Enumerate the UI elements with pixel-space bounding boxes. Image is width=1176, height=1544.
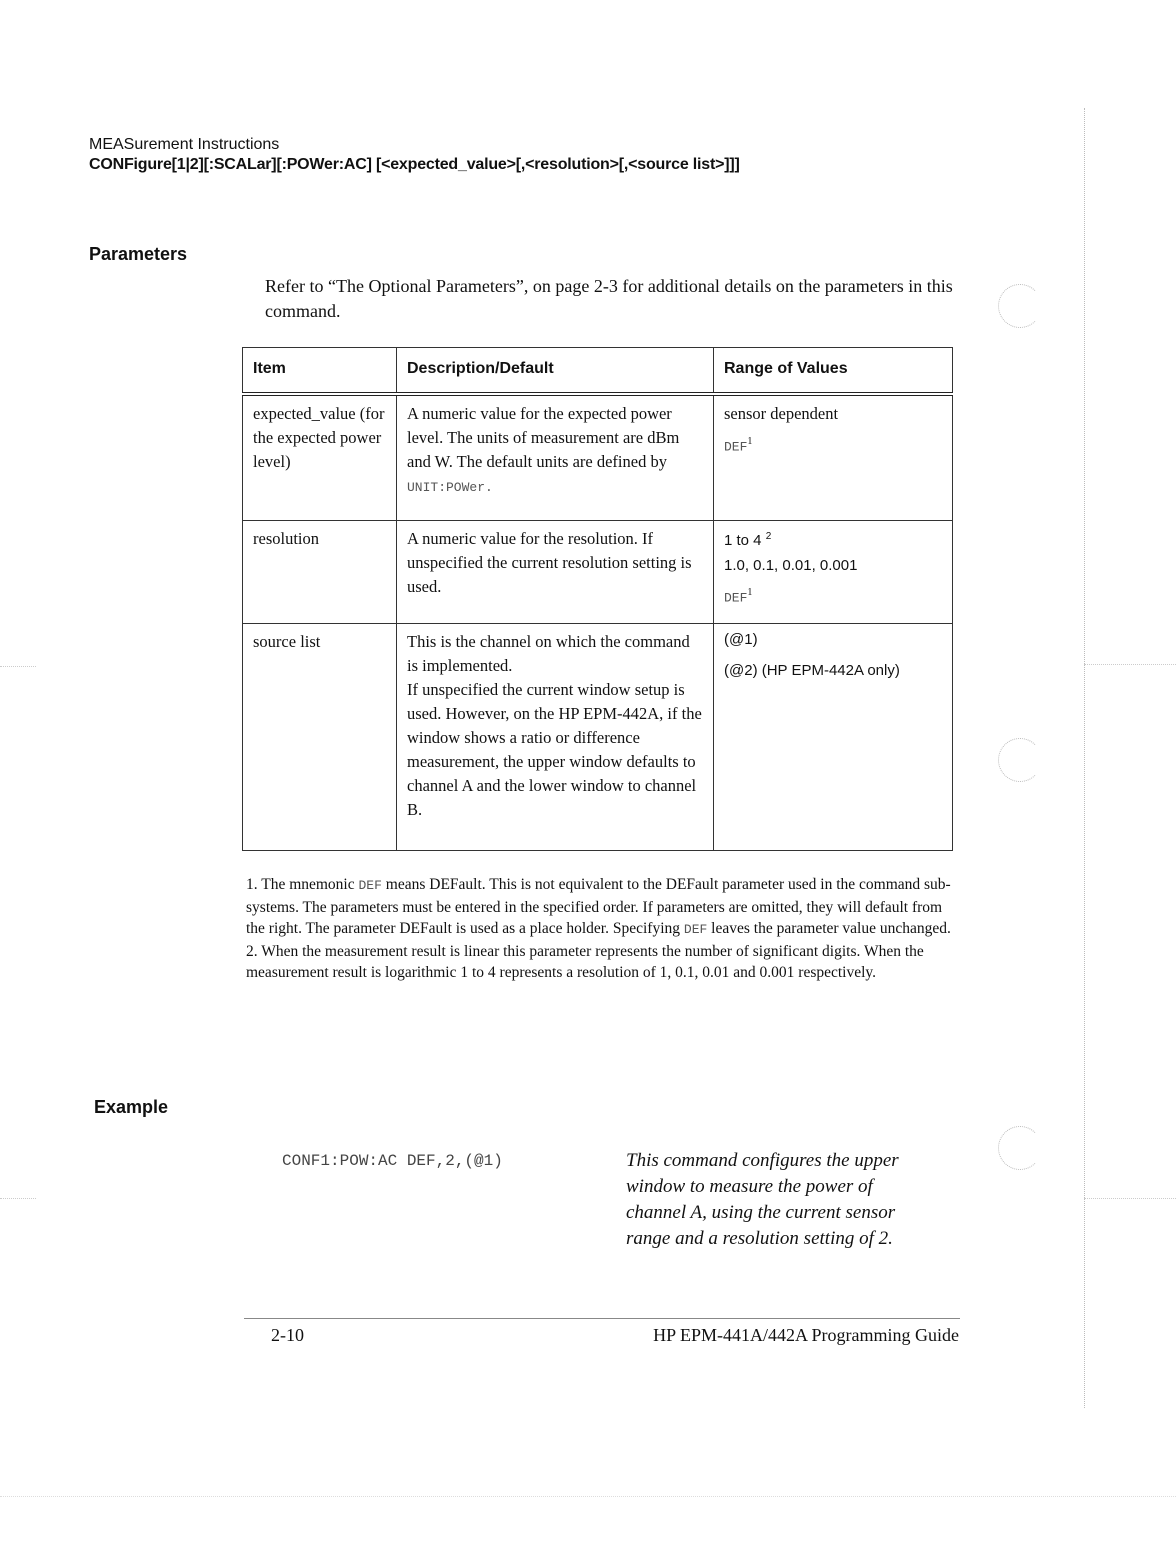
cell-description: A numeric value for the expected power l… (397, 394, 714, 521)
footnote-ref: 2 (766, 531, 772, 542)
range-def: DEF (724, 591, 747, 606)
footer-divider (244, 1318, 960, 1319)
cell-item: expected_value (for the expected power l… (243, 394, 397, 521)
scan-margin-line (1084, 108, 1085, 1408)
column-header-range: Range of Values (714, 348, 953, 395)
example-code: CONF1:POW:AC DEF,2,(@1) (282, 1152, 503, 1170)
cell-description: A numeric value for the resolution. If u… (397, 521, 714, 624)
punch-hole-icon (998, 284, 1042, 328)
cell-item: resolution (243, 521, 397, 624)
parameters-heading: Parameters (89, 244, 187, 265)
section-title: MEASurement Instructions (89, 136, 279, 154)
example-description: This command configures the upper window… (626, 1148, 926, 1252)
command-syntax: CONFigure[1|2][:SCALar][:POWer:AC] [<exp… (89, 156, 740, 174)
scan-margin-line (0, 666, 36, 667)
cell-item: source list (243, 624, 397, 851)
cell-description: This is the channel on which the command… (397, 624, 714, 851)
cell-range: (@1) (@2) (HP EPM-442A only) (714, 624, 953, 851)
description-code: UNIT:POWer. (407, 480, 493, 495)
range-main: 1 to 4 (724, 532, 762, 549)
scan-edge-line (0, 1496, 1176, 1497)
footnote-2: 2. When the measurement result is linear… (246, 941, 956, 984)
column-header-description: Description/Default (397, 348, 714, 395)
range-values: 1.0, 0.1, 0.01, 0.001 (724, 551, 942, 581)
guide-title: HP EPM-441A/442A Programming Guide (653, 1325, 959, 1346)
column-header-item: Item (243, 348, 397, 395)
table-header-row: Item Description/Default Range of Values (243, 348, 953, 395)
range-value: (@2) (HP EPM-442A only) (724, 660, 942, 682)
scan-margin-line (0, 1198, 36, 1199)
table-row: source list This is the channel on which… (243, 624, 953, 851)
range-value: sensor dependent (724, 402, 942, 426)
example-heading: Example (94, 1097, 168, 1118)
punch-hole-icon (998, 1126, 1042, 1170)
punch-hole-icon (998, 738, 1042, 782)
cell-range: 1 to 4 2 1.0, 0.1, 0.01, 0.001 DEF1 (714, 521, 953, 624)
cell-range: sensor dependent DEF1 (714, 394, 953, 521)
footnotes: 1. The mnemonic DEF means DEFault. This … (246, 874, 956, 984)
description-line: If unspecified the current window setup … (407, 678, 703, 822)
footnote-1: 1. The mnemonic DEF means DEFault. This … (246, 874, 956, 941)
description-line: This is the channel on which the command… (407, 630, 703, 678)
table-row: expected_value (for the expected power l… (243, 394, 953, 521)
scan-margin-line (1084, 664, 1176, 665)
page-number: 2-10 (271, 1325, 304, 1346)
footnote-ref: 1 (747, 436, 752, 447)
parameters-intro: Refer to “The Optional Parameters”, on p… (265, 274, 965, 324)
table-row: resolution A numeric value for the resol… (243, 521, 953, 624)
range-def: DEF (724, 440, 747, 455)
footnote-ref: 1 (747, 587, 752, 598)
scan-margin-line (1084, 1198, 1176, 1199)
range-value: (@1) (724, 630, 942, 650)
parameters-table: Item Description/Default Range of Values… (242, 347, 953, 851)
description-text: A numeric value for the expected power l… (407, 404, 679, 471)
